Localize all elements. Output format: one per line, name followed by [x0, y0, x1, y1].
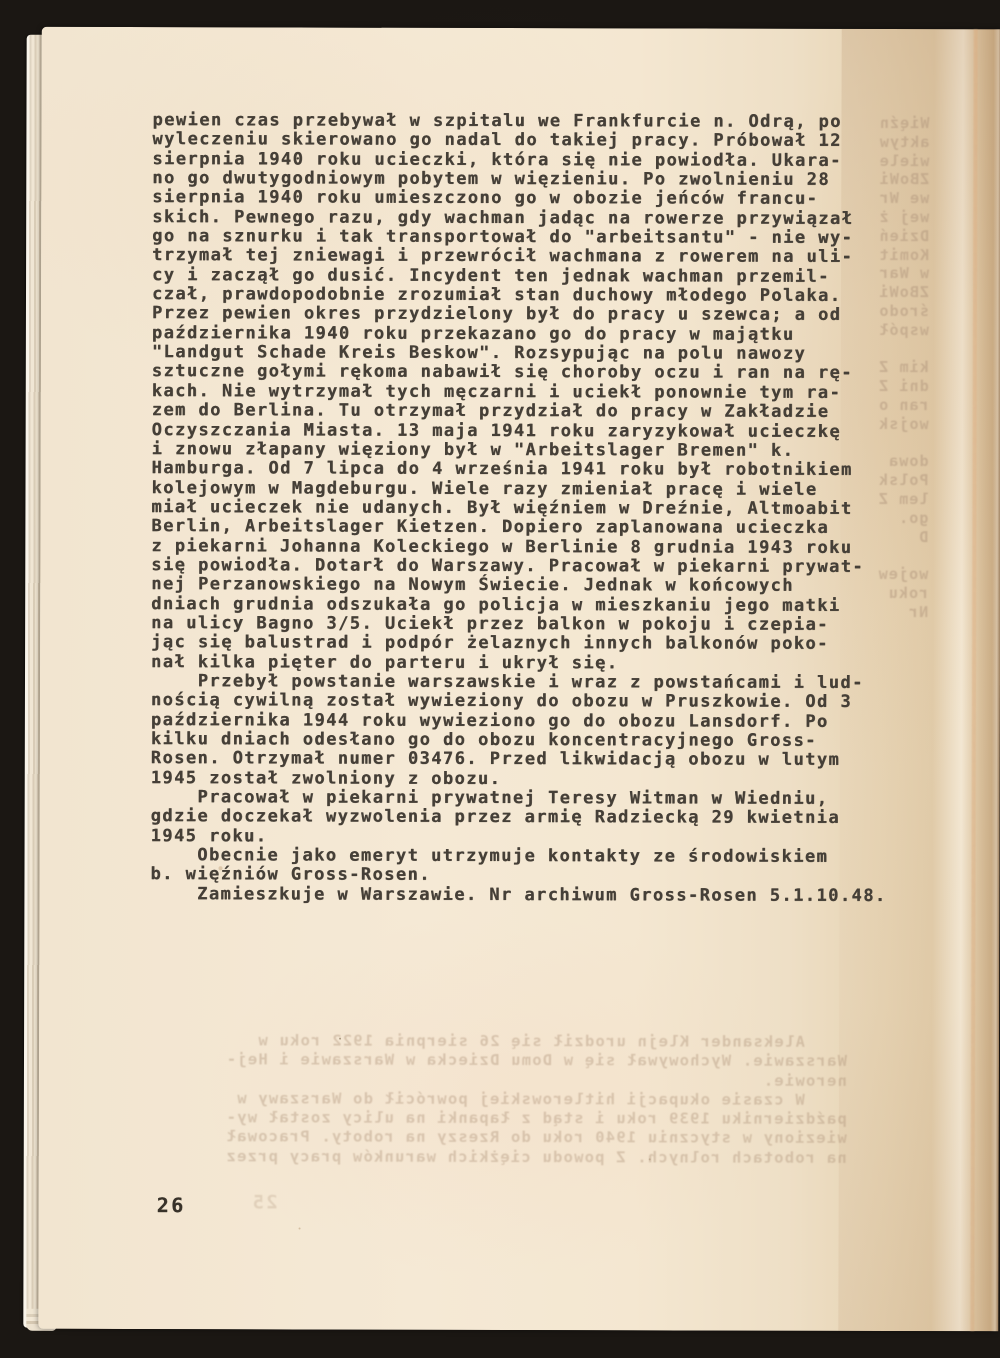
bleedthrough-page-number: 25: [251, 1191, 278, 1213]
book-photo: Więźn aktyw wiele ZBoWi we Wr wej ż Dzie…: [0, 0, 1000, 1358]
typewritten-text-block: pewien czas przebywał w szpitalu we Fran…: [150, 111, 888, 906]
bleedthrough-paragraph: Aleksander Klejn urodził się 26 sierpnia…: [99, 1031, 847, 1168]
book-page: Więźn aktyw wiele ZBoWi we Wr wej ż Dzie…: [38, 27, 1000, 1332]
page-right-rim: [990, 29, 1000, 1331]
book-sheet-group: Więźn aktyw wiele ZBoWi we Wr wej ż Dzie…: [0, 0, 1000, 1358]
gutter-fold-highlight: [970, 29, 977, 1331]
page-number: 26: [157, 1193, 186, 1217]
